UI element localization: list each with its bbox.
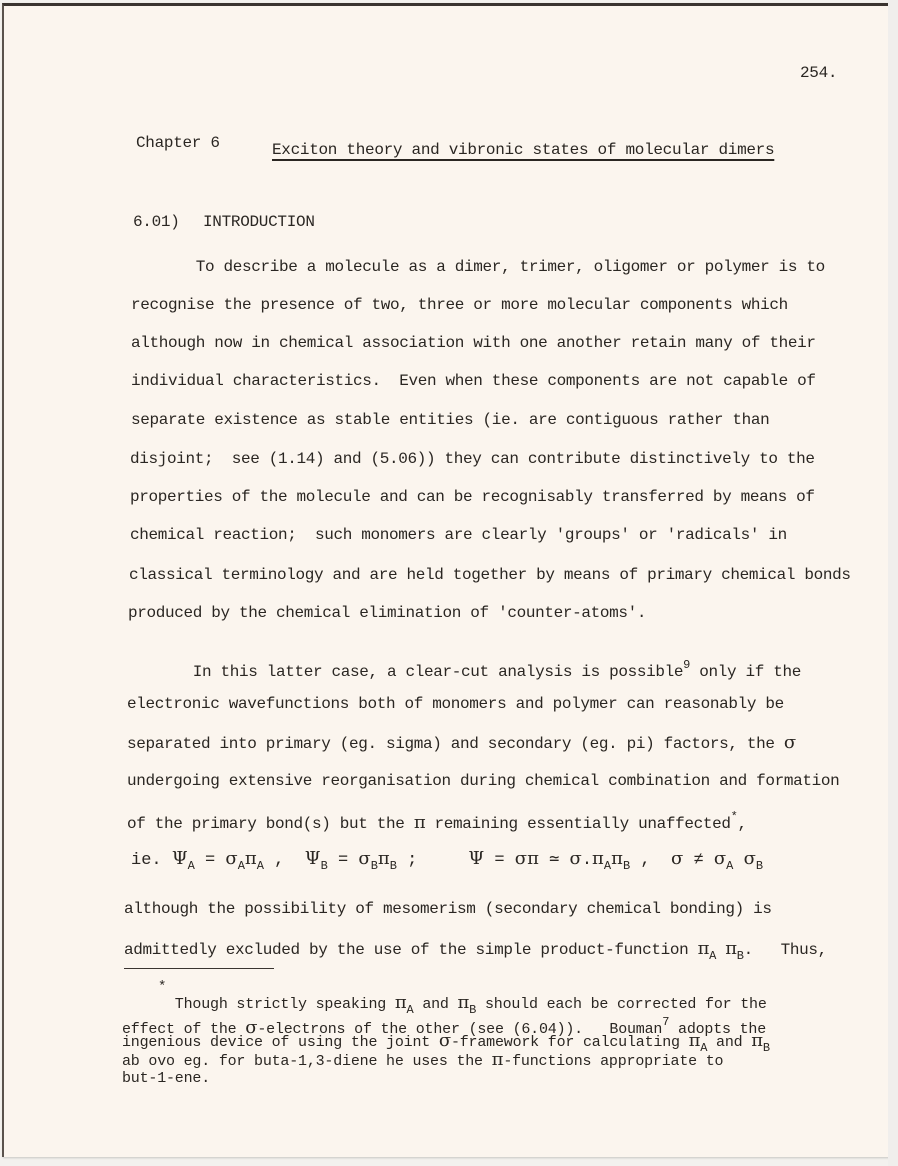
text-line: separate existence as stable entities (i… bbox=[131, 411, 769, 429]
text-line: separated into primary (eg. sigma) and s… bbox=[127, 732, 796, 753]
psi-symbol: Ψ bbox=[172, 848, 188, 869]
text-line: individual characteristics. Even when th… bbox=[131, 372, 816, 390]
footnote-line: but-1-ene. bbox=[122, 1070, 210, 1088]
reference-marker: 9 bbox=[683, 658, 690, 672]
text-line: chemical reaction; such monomers are cle… bbox=[130, 526, 787, 544]
pi-symbol: π bbox=[414, 812, 425, 833]
pi-symbol: π bbox=[592, 848, 604, 869]
text-line: disjoint; see (1.14) and (5.06)) they ca… bbox=[130, 450, 815, 468]
psi-symbol: Ψ bbox=[305, 848, 321, 869]
footnote-marker: * bbox=[158, 979, 166, 995]
sigma-symbol: σ bbox=[671, 848, 683, 869]
pi-symbol: π bbox=[689, 1030, 701, 1051]
section-number: 6.01) bbox=[133, 213, 180, 231]
text-line: although now in chemical association wit… bbox=[131, 334, 816, 352]
equation-line: ie. ΨA = σAπA , ΨB = σBπB ; Ψ = σπ ≃ σ.π… bbox=[131, 848, 763, 873]
sigma-symbol: σ bbox=[515, 848, 527, 869]
text-line: classical terminology and are held toget… bbox=[129, 566, 851, 584]
text-line: produced by the chemical elimination of … bbox=[128, 604, 646, 622]
section-title: INTRODUCTION bbox=[203, 213, 315, 231]
psi-symbol: Ψ bbox=[468, 848, 484, 869]
sigma-symbol: σ bbox=[784, 732, 796, 753]
pi-symbol: π bbox=[698, 938, 709, 959]
chapter-label: Chapter 6 bbox=[136, 134, 220, 152]
sigma-symbol: σ bbox=[358, 848, 370, 869]
text-line: To describe a molecule as a dimer, trime… bbox=[131, 258, 825, 276]
pi-symbol: π bbox=[725, 938, 736, 959]
chapter-title: Exciton theory and vibronic states of mo… bbox=[272, 141, 774, 159]
footnote-divider bbox=[124, 968, 274, 970]
sigma-symbol: σ bbox=[570, 848, 582, 869]
pi-symbol: π bbox=[492, 1049, 504, 1070]
text-line: of the primary bond(s) but the π remaini… bbox=[127, 810, 747, 833]
pi-symbol: π bbox=[458, 992, 470, 1013]
sigma-symbol: σ bbox=[714, 848, 726, 869]
pi-symbol: π bbox=[611, 848, 623, 869]
text-line: In this latter case, a clear-cut analysi… bbox=[128, 658, 801, 681]
sigma-symbol: σ bbox=[439, 1030, 451, 1051]
text-line: properties of the molecule and can be re… bbox=[130, 488, 815, 506]
page-edge bbox=[888, 0, 898, 1166]
pi-symbol: π bbox=[527, 848, 539, 869]
text-line: electronic wavefunctions both of monomer… bbox=[127, 695, 784, 713]
text-line: recognise the presence of two, three or … bbox=[131, 296, 788, 314]
pi-symbol: π bbox=[751, 1030, 763, 1051]
text-line: although the possibility of mesomerism (… bbox=[124, 900, 772, 918]
pi-symbol: π bbox=[395, 992, 407, 1013]
text-line: undergoing extensive reorganisation duri… bbox=[127, 772, 839, 790]
text-line: admittedly excluded by the use of the si… bbox=[124, 938, 827, 963]
pi-symbol: π bbox=[245, 848, 257, 869]
footnote-line: ab ovo eg. for buta-1,3-diene he uses th… bbox=[122, 1051, 723, 1071]
page-number: 254. bbox=[800, 64, 837, 82]
sigma-symbol: σ bbox=[225, 848, 237, 869]
pi-symbol: π bbox=[378, 848, 390, 869]
sigma-symbol: σ bbox=[744, 848, 756, 869]
